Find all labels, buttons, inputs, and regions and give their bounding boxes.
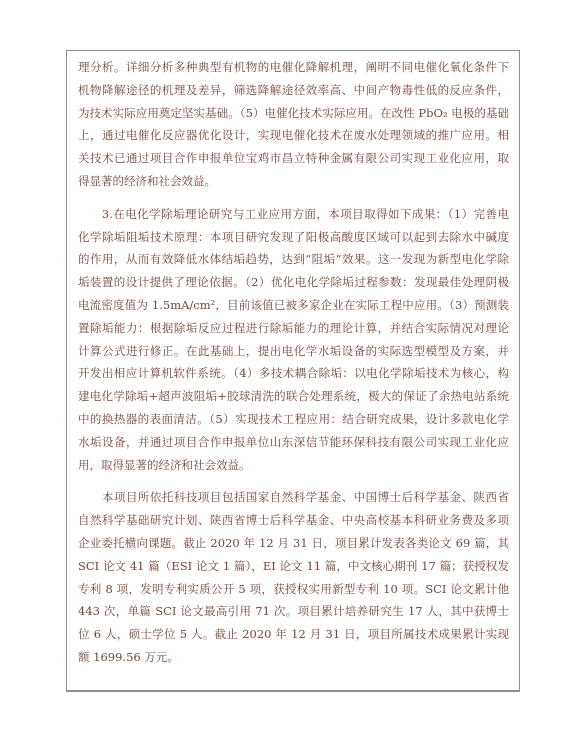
text-line: 计算公式进行修正。在此基础上，提出电化学水垢设备的实际选型模型及方案，并 <box>78 340 509 363</box>
text-line: 水垢设备，并通过项目合作申报单位山东深信节能环保科技有限公司实现工业化应 <box>78 431 509 454</box>
text-line: 上，通过电催化反应器优化设计，实现电催化技术在废水处理领域的推广应用。相 <box>78 124 509 147</box>
text-line: 得显著的经济和社会效益。 <box>78 170 509 193</box>
text-line: 用，取得显著的经济和社会效益。 <box>78 454 509 477</box>
text-line: 关技术已通过项目合作申报单位宝鸡市昌立特种金属有限公司实现工业化应用，取 <box>78 147 509 170</box>
text-line: 额 1699.56 万元。 <box>78 646 509 669</box>
text-line: 企业委托横向课题。截止 2020 年 12 月 31 日，项目累计发表各类论文 … <box>78 532 509 555</box>
text-line: 化学除垢阻垢技术原理：本项目研究发现了阳极高酸度区域可以起到去除水中碱度 <box>78 226 509 249</box>
text-line: 置除垢能力：根据除垢反应过程进行除垢能力的理论计算，并结合实际情况对理论 <box>78 317 509 340</box>
paragraph: 理分析。详细分析多种典型有机物的电催化降解机理，阐明不同电催化氧化条件下机物降解… <box>78 56 509 193</box>
text-line: 自然科学基础研究计划、陕西省博士后科学基金、中央高校基本科研业务费及多项 <box>78 509 509 532</box>
text-line: 的作用，从而有效降低水体结垢趋势，达到“阻垢”效果。这一发现为新型电化学除 <box>78 248 509 271</box>
text-line: 垢装置的设计提供了理论依据。（2）优化电化学除垢过程参数：发现最佳处理阴极 <box>78 271 509 294</box>
paragraph: 3.在电化学除垢理论研究与工业应用方面，本项目取得如下成果：（1）完善电化学除垢… <box>78 203 509 477</box>
text-line: 中的换热器的表面清洁。（5）实现技术工程应用：结合研究成果，设计多款电化学 <box>78 408 509 431</box>
text-line: 443 次，单篇 SCI 论文最高引用 71 次。项目累计培养研究生 17 人，… <box>78 600 509 623</box>
text-line: 为技术实际应用奠定坚实基础。（5）电催化技术实际应用。在改性 PbO₂ 电极的基… <box>78 102 509 125</box>
text-line: 建电化学除垢+超声波阻垢+胶球清洗的联合处理系统，极大的保证了余热电站系统 <box>78 385 509 408</box>
text-line: 电流密度值为 1.5mA/cm²，目前该值已被多家企业在实际工程中应用。（3）预… <box>78 294 509 317</box>
text-line: 机物降解途径的机理及差异，筛选降解途径效率高、中间产物毒性低的反应条件， <box>78 79 509 102</box>
text-line: 3.在电化学除垢理论研究与工业应用方面，本项目取得如下成果：（1）完善电 <box>78 203 509 226</box>
text-line: SCI 论文 41 篇（ESI 论文 1 篇），EI 论文 11 篇，中文核心期… <box>78 555 509 578</box>
text-line: 理分析。详细分析多种典型有机物的电催化降解机理，阐明不同电催化氧化条件下 <box>78 56 509 79</box>
text-line: 位 6 人，硕士学位 5 人。截止 2020 年 12 月 31 日，项目所属技… <box>78 623 509 646</box>
text-line: 专利 8 项，发明专利实质公开 5 项，获授权实用新型专利 10 项。SCI 论… <box>78 578 509 601</box>
text-line: 开发出相应计算机软件系统。（4）多技术耦合除垢：以电化学除垢技术为核心，构 <box>78 362 509 385</box>
text-line: 本项目所依托科技项目包括国家自然科学基金、中国博士后科学基金、陕西省 <box>78 486 509 509</box>
text-border-box: 理分析。详细分析多种典型有机物的电催化降解机理，阐明不同电催化氧化条件下机物降解… <box>66 50 520 692</box>
document-page: 理分析。详细分析多种典型有机物的电催化降解机理，阐明不同电催化氧化条件下机物降解… <box>0 0 585 734</box>
paragraph: 本项目所依托科技项目包括国家自然科学基金、中国博士后科学基金、陕西省自然科学基础… <box>78 486 509 668</box>
